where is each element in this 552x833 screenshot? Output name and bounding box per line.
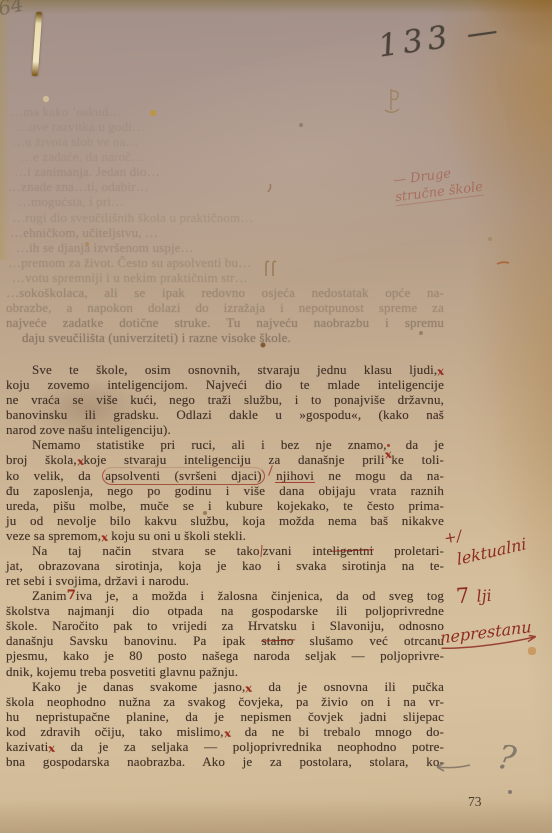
text-segment: da je osnovna ili pučka — [252, 679, 444, 694]
faded-text-block: …ma kako ʼoskud… …ove razvitka u godi… …… — [6, 104, 444, 345]
faded-line: …mogućsta, i pri… — [6, 194, 444, 209]
text-segment: apsolventi (svršeni djaci) — [105, 468, 262, 483]
text-line: ko velik, da apsolventi (svršeni djaci) … — [6, 468, 444, 483]
text-line: dnik, kojemu treba posvetiti glavnu pažn… — [6, 664, 444, 679]
faded-line: …sokoškolaca, ali se ipak redovno osjeća… — [6, 285, 444, 300]
text-segment: zvani inte — [263, 543, 333, 558]
underlined-word: njihovi — [276, 468, 314, 483]
text-line: koju zovemo inteligencijom. Najveći dio … — [6, 377, 444, 392]
text-segment: koje stvaraju inteligenciju za današnje … — [83, 452, 384, 467]
text-line: ne vraća se više kući, nego traži službu… — [6, 392, 444, 407]
text-segment: njihovi — [276, 468, 314, 483]
pencil-tick-mark — [264, 182, 274, 194]
text-line: škole. Naročito pak to vrijedi za Hrvats… — [6, 618, 444, 633]
text-line: hu nepristupačne planine, da je nepismen… — [6, 709, 444, 724]
faded-line: obrazbe, a napokon dolazi do izražaja i … — [6, 300, 444, 315]
faded-line: …u života slob ve na… — [6, 134, 444, 149]
text-line: narod zove našu inteligenciju). — [6, 422, 444, 437]
text-segment: Na taj način stvara se tako — [32, 543, 260, 558]
text-line: Kako je danas svakome jasno,x da je osno… — [6, 679, 444, 694]
staple-mark — [32, 12, 42, 76]
corner-pencil-mark: 64 — [0, 0, 26, 20]
red-insert-mark: 7 — [67, 588, 76, 603]
text-line: kod zdravih očiju, tako mislimo,x da ne … — [6, 724, 444, 739]
text-segment: koju su oni u školi stekli. — [108, 528, 246, 543]
red-plus-insert-mark: +∕ — [443, 527, 463, 548]
question-mark-annotation: ? — [495, 737, 519, 778]
faded-line: najveće zadatke dotične struke. Tu najve… — [6, 315, 444, 330]
red-check-mark: x — [436, 364, 445, 380]
text-segment: veze sa spremom, — [6, 528, 101, 543]
text-line: banovinsku ili gradsku. Odlazi dakle u »… — [6, 407, 444, 422]
text-line: veze sa spremom,x koju su oni u školi st… — [6, 528, 444, 543]
pencil-squiggle-mark — [262, 258, 282, 278]
text-segment: da je — [390, 437, 444, 452]
margin-note-neprestanu: neprestanu — [440, 616, 544, 657]
struck-word: stalno — [262, 633, 294, 648]
text-line: đu zaposlenja, nego po godinu i više dan… — [6, 483, 444, 498]
text-line: Na taj način stvara se takozvani intelig… — [6, 543, 444, 558]
faded-line: …votu spremniji i u nekim praktičnim str… — [6, 270, 444, 285]
faded-line: …ove razvitka u godi… — [6, 119, 444, 134]
text-line: bna gospodarska naobrazba. Ako je za pos… — [6, 754, 444, 769]
text-segment: iva je, a možda i žalosna činjenica, da … — [76, 588, 444, 603]
text-line: Nemamo statistike pri ruci, ali i bez nj… — [6, 437, 444, 452]
pencil-anchor-mark — [384, 88, 402, 116]
text-segment: proletari- — [373, 543, 444, 558]
text-segment: da je za seljaka — poljoprivrednika neop… — [55, 739, 444, 754]
margin-note-intelektualni: lektualni — [456, 534, 528, 569]
text-line: ju od nevolje bilo kakvu službu, koja mo… — [6, 513, 444, 528]
text-line: školstva najmanji dio otpada na gospodar… — [6, 603, 444, 618]
text-line: jat, obrazovana sirotinja, koja je kao i… — [6, 558, 444, 573]
pencil-dot-mark — [508, 790, 512, 794]
margin-note-lji: 7lji — [455, 582, 492, 608]
scanned-page: 64 133 — …ma kako ʼoskud… …ove razvitka … — [0, 0, 552, 833]
printed-text-block: Sve te škole, osim osnovnih, stvaraju je… — [6, 362, 444, 769]
struck-word: ligentni — [332, 543, 373, 558]
text-segment: Kako je danas svakome jasno, — [32, 679, 245, 694]
text-segment: broj škola, — [6, 452, 77, 467]
text-line: ret sebi i svojima, državi i narodu. — [6, 573, 444, 588]
left-arrow-icon — [432, 758, 472, 776]
red-dash-mark — [495, 258, 511, 268]
text-line: škola neophodno nužna za svakog čovjeka,… — [6, 694, 444, 709]
text-segment: Nemamo statistike pri ruci, ali i bez nj… — [32, 437, 387, 452]
faded-line: …e zadaće, da naroč… — [6, 149, 444, 164]
faded-line: daju sveučilišta (univerziteti) i razne … — [6, 330, 444, 345]
faded-line: …i zanimanja. Jedan dio… — [6, 164, 444, 179]
text-segment: da ne bi trebalo mnogo do- — [230, 724, 444, 739]
page-number: 73 — [468, 794, 482, 810]
faded-line: …znade zna…ti, odabir… — [6, 179, 444, 194]
text-line: ureda, pišu molbe, muče se i kubure koje… — [6, 498, 444, 513]
text-segment: današnju Savsku banovinu. Pa ipak — [6, 633, 262, 648]
margin-note-text: lji — [476, 586, 492, 606]
circled-phrase: apsolventi (svršeni djaci) — [105, 468, 262, 483]
red-underline-mark — [275, 482, 315, 483]
text-line: broj škola,xkoje stvaraju inteligenciju … — [6, 452, 444, 467]
faded-line: …ehničkom, učiteljstvu, … — [6, 225, 444, 240]
text-line: Sve te škole, osim osnovnih, stvaraju je… — [6, 362, 444, 377]
text-segment: Zanim — [32, 588, 67, 603]
text-line: Zanim7iva je, a možda i žalosna činjenic… — [6, 588, 444, 603]
insert-sign: 7 — [455, 583, 470, 608]
faded-line: …rugi dio sveučilišnih škola u praktično… — [6, 210, 444, 225]
text-line: pjesmu, kako je 80 posto našega naroda s… — [6, 648, 444, 663]
faded-line: …premom za život. Često su apsolventi bu… — [6, 255, 444, 270]
faded-line: …ih se djanja izvršenom uspje… — [6, 240, 444, 255]
text-segment: ne mogu da na- — [314, 468, 444, 483]
text-segment: kazivati — [6, 739, 48, 754]
text-line: današnju Savsku banovinu. Pa ipak stalno… — [6, 633, 444, 648]
text-segment: ke toli- — [391, 452, 444, 467]
text-segment: ko velik, da — [6, 468, 105, 483]
faded-line: …ma kako ʼoskud… — [6, 104, 444, 119]
text-segment: Sve te škole, osim osnovnih, stvaraju je… — [32, 362, 437, 377]
text-segment: slušamo već otrcanu — [294, 633, 444, 648]
text-segment: kod zdravih očiju, tako mislimo, — [6, 724, 224, 739]
